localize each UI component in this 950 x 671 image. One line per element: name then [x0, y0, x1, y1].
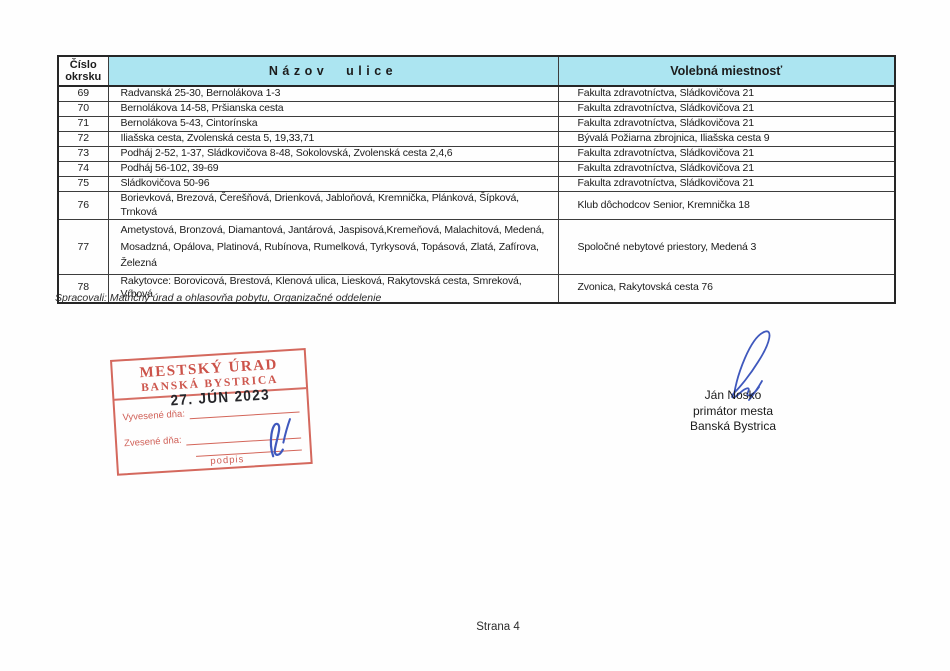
table-row: 74 Podháj 56-102, 39-69 Fakulta zdravotn…	[58, 162, 895, 177]
table-row: 76 Borievková, Brezová, Čerešňová, Drien…	[58, 192, 895, 220]
polling-place: Fakulta zdravotníctva, Sládkovičova 21	[558, 86, 895, 102]
polling-place: Bývalá Požiarna zbrojnica, Iliašska cest…	[558, 132, 895, 147]
polling-place: Fakulta zdravotníctva, Sládkovičova 21	[558, 102, 895, 117]
street-names: Iliašska cesta, Zvolenská cesta 5, 19,33…	[108, 132, 558, 147]
polling-place: Fakulta zdravotníctva, Sládkovičova 21	[558, 117, 895, 132]
street-names: Podháj 56-102, 39-69	[108, 162, 558, 177]
table-row: 73 Podháj 2-52, 1-37, Sládkovičova 8-48,…	[58, 147, 895, 162]
street-names: Bernolákova 5-43, Cintorínska	[108, 117, 558, 132]
district-number: 72	[58, 132, 108, 147]
table-row: 70 Bernolákova 14-58, Pršianska cesta Fa…	[58, 102, 895, 117]
stamp-signature-label: podpis	[210, 454, 245, 467]
polling-place: Zvonica, Rakytovská cesta 76	[558, 274, 895, 303]
district-number: 75	[58, 177, 108, 192]
signatory-city: Banská Bystrica	[672, 419, 794, 435]
signatory-block: Ján Nosko primátor mesta Banská Bystrica	[672, 388, 794, 435]
polling-place: Klub dôchodcov Senior, Kremnička 18	[558, 192, 895, 220]
table-row: 72 Iliašska cesta, Zvolenská cesta 5, 19…	[58, 132, 895, 147]
district-number: 77	[58, 220, 108, 275]
street-names: Radvanská 25-30, Bernolákova 1-3	[108, 86, 558, 102]
district-number: 74	[58, 162, 108, 177]
polling-place: Spoločné nebytové priestory, Medená 3	[558, 220, 895, 275]
district-number: 69	[58, 86, 108, 102]
street-names: Borievková, Brezová, Čerešňová, Drienkov…	[108, 192, 558, 220]
column-header-street-name: Názov ulice	[108, 56, 558, 86]
posted-date-label: Vyvesené dňa:	[122, 409, 185, 424]
signatory-name: Ján Nosko	[672, 388, 794, 404]
page-number: Strana 4	[448, 621, 548, 633]
polling-districts-table: Číslo okrsku Názov ulice Volebná miestno…	[57, 55, 896, 304]
prepared-by-note: Spracovali: Matričný úrad a ohlasovňa po…	[55, 292, 381, 304]
table-header-row: Číslo okrsku Názov ulice Volebná miestno…	[58, 56, 895, 86]
street-names: Bernolákova 14-58, Pršianska cesta	[108, 102, 558, 117]
column-header-polling-place: Volebná miestnosť	[558, 56, 895, 86]
table-row: 77 Ametystová, Bronzová, Diamantová, Jan…	[58, 220, 895, 275]
district-number: 70	[58, 102, 108, 117]
polling-place: Fakulta zdravotníctva, Sládkovičova 21	[558, 147, 895, 162]
scanned-document-page: Číslo okrsku Názov ulice Volebná miestno…	[0, 0, 950, 671]
table-row: 69 Radvanská 25-30, Bernolákova 1-3 Faku…	[58, 86, 895, 102]
office-stamp: MESTSKÝ ÚRAD BANSKÁ BYSTRICA 27. JÚN 202…	[110, 348, 313, 476]
polling-place: Fakulta zdravotníctva, Sládkovičova 21	[558, 177, 895, 192]
column-header-district-number: Číslo okrsku	[58, 56, 108, 86]
street-names: Sládkovičova 50-96	[108, 177, 558, 192]
district-number: 73	[58, 147, 108, 162]
district-number: 76	[58, 192, 108, 220]
removed-date-label: Zvesené dňa:	[124, 435, 182, 449]
polling-place: Fakulta zdravotníctva, Sládkovičova 21	[558, 162, 895, 177]
district-number: 71	[58, 117, 108, 132]
street-names: Ametystová, Bronzová, Diamantová, Jantár…	[108, 220, 558, 275]
signatory-title: primátor mesta	[672, 404, 794, 420]
table-row: 71 Bernolákova 5-43, Cintorínska Fakulta…	[58, 117, 895, 132]
table-row: 75 Sládkovičova 50-96 Fakulta zdravotníc…	[58, 177, 895, 192]
street-names: Podháj 2-52, 1-37, Sládkovičova 8-48, So…	[108, 147, 558, 162]
handwritten-initial-icon	[264, 413, 303, 461]
